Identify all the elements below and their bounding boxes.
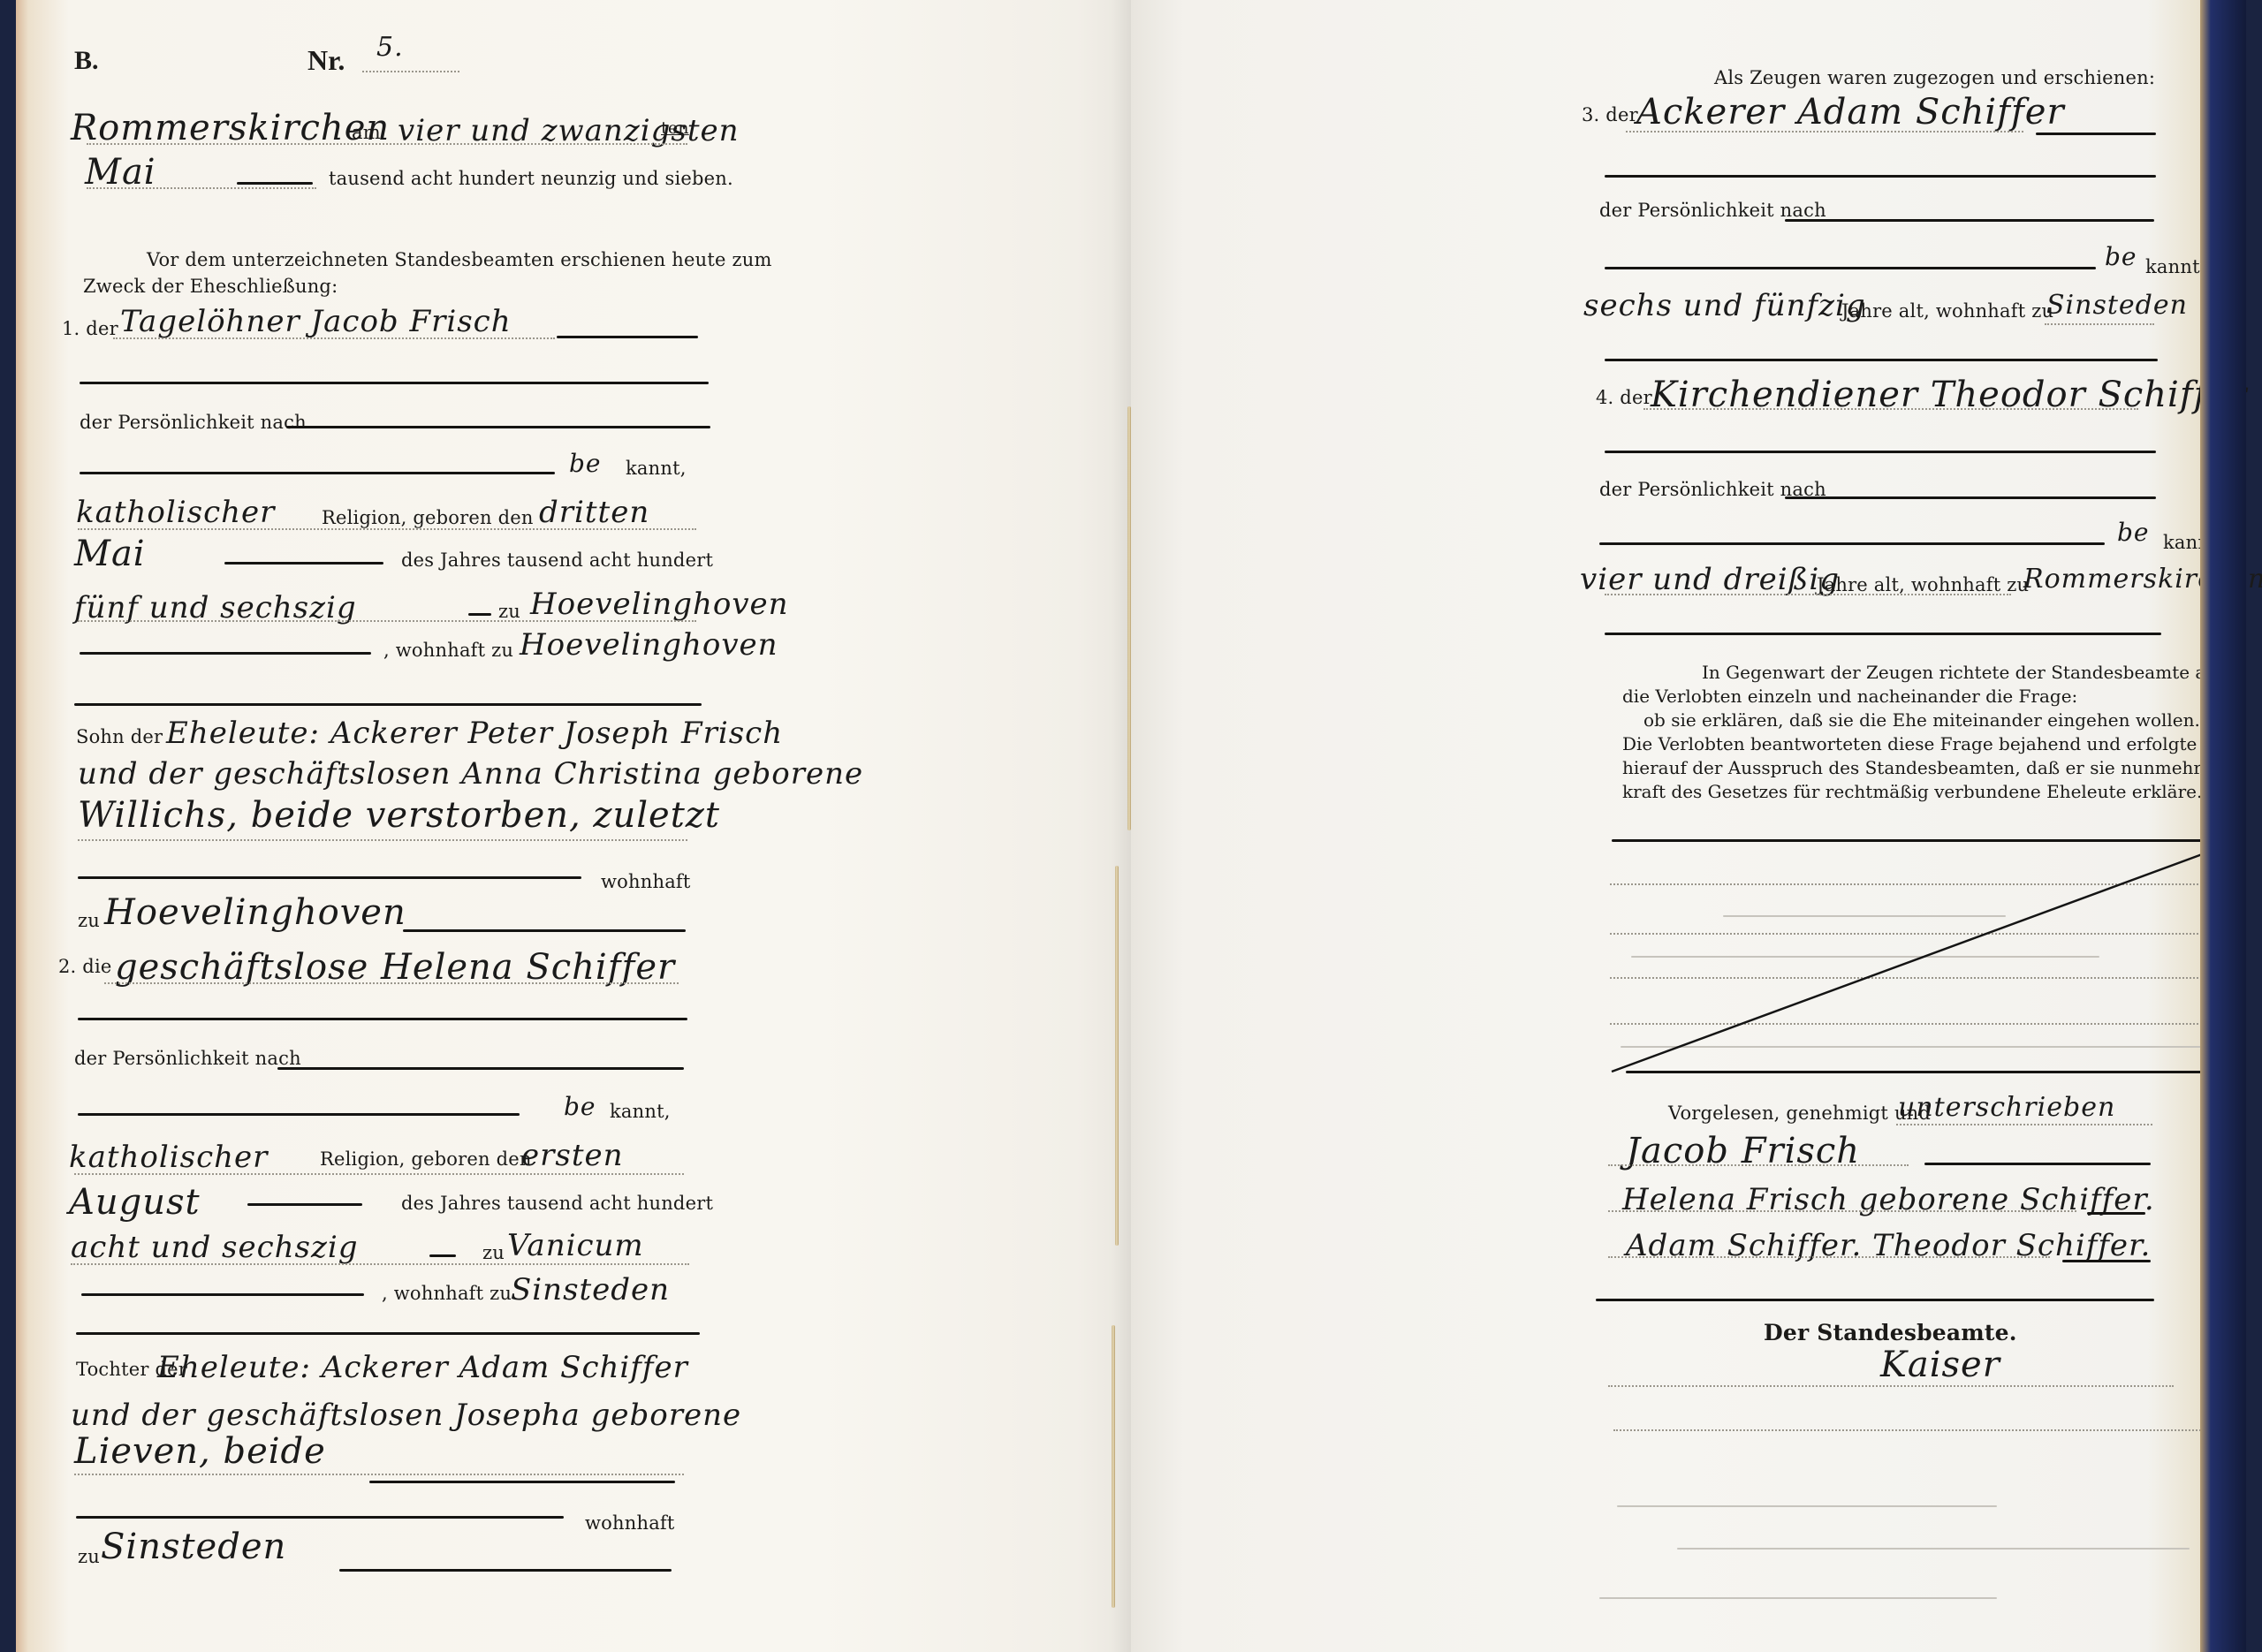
declaration-line4: Die Verlobten beantworteten diese Frage … bbox=[1622, 732, 2223, 756]
intro-line1: Vor dem unterzeichneten Standesbeamten e… bbox=[147, 249, 772, 270]
dotted-line bbox=[1613, 1429, 2211, 1431]
witness4-known-hand: be bbox=[2117, 518, 2150, 547]
fill-rule bbox=[557, 336, 698, 338]
fill-rule bbox=[277, 1067, 684, 1070]
fill-rule bbox=[2062, 1260, 2151, 1262]
dotted-line bbox=[1608, 1256, 2050, 1258]
dotted-line bbox=[362, 71, 459, 72]
groom-parents-line3: Willichs, beide verstorben, zuletzt bbox=[78, 795, 720, 836]
fill-rule bbox=[1785, 219, 2154, 222]
fill-rule bbox=[2036, 133, 2156, 135]
witness3-known-hand: be bbox=[2105, 242, 2137, 271]
bride-parents-line2: und der geschäftslosen Josepha geborene bbox=[71, 1398, 741, 1433]
bride-year-label: des Jahres tausend acht hundert bbox=[401, 1193, 713, 1214]
dotted-line bbox=[87, 143, 687, 145]
open-register-book: B. Nr. 5. Rommerskirchen am vier und zwa… bbox=[16, 0, 2216, 1652]
binding-stitch bbox=[1112, 1325, 1115, 1608]
fill-rule bbox=[468, 613, 491, 616]
bride-birth-month: August bbox=[69, 1182, 201, 1223]
fill-rule bbox=[403, 929, 686, 932]
fill-rule bbox=[1599, 542, 2105, 545]
declaration-text: In Gegenwart der Zeugen richtete der Sta… bbox=[1622, 661, 2223, 804]
witness3-known-print: kannt, bbox=[2145, 256, 2206, 277]
fill-rule bbox=[80, 652, 371, 655]
bride-known-hand: be bbox=[564, 1092, 596, 1121]
dotted-line bbox=[1608, 1164, 1909, 1166]
groom-parents-residence-label: wohnhaft bbox=[601, 871, 691, 892]
faint-rule bbox=[1617, 1505, 1997, 1507]
groom-parents-label: Sohn der bbox=[76, 726, 163, 747]
groom-known-hand: be bbox=[569, 449, 602, 478]
witness3-residence: Sinsteden bbox=[2046, 290, 2188, 321]
dotted-line bbox=[1605, 594, 2011, 595]
fill-rule bbox=[1605, 267, 2096, 269]
witness3-age-label: Jahre alt, wohnhaft zu bbox=[1841, 300, 2053, 322]
groom-birth-place: Hoevelinghoven bbox=[530, 587, 789, 622]
left-page: B. Nr. 5. Rommerskirchen am vier und zwa… bbox=[16, 0, 1131, 1652]
bride-zu-label: zu bbox=[482, 1242, 505, 1263]
ten-suffix: ten bbox=[661, 118, 689, 138]
dotted-line bbox=[113, 337, 555, 339]
fill-rule bbox=[247, 1203, 362, 1206]
fill-rule bbox=[2087, 1212, 2145, 1215]
fill-rule bbox=[1605, 633, 2161, 635]
registrar-label: Der Standesbeamte. bbox=[1764, 1320, 2017, 1345]
declaration-line6: kraft des Gesetzes für rechtmäßig verbun… bbox=[1622, 780, 2223, 804]
dotted-line bbox=[1626, 131, 2023, 133]
groom-parents-zu-label: zu bbox=[78, 910, 100, 931]
dotted-line bbox=[2045, 323, 2154, 325]
intro-line2: Zweck der Eheschließung: bbox=[83, 276, 338, 297]
signature-witnesses: Adam Schiffer. Theodor Schiffer. bbox=[1626, 1228, 2151, 1263]
fill-rule bbox=[369, 1481, 675, 1483]
fill-rule bbox=[81, 1293, 364, 1296]
faint-rule bbox=[1599, 1597, 1997, 1599]
declaration-line5: hierauf der Ausspruch des Standesbeamten… bbox=[1622, 756, 2223, 780]
registrar-signature: Kaiser bbox=[1880, 1345, 2000, 1385]
dotted-line bbox=[71, 1263, 689, 1265]
bride-parents-residence-label: wohnhaft bbox=[585, 1512, 675, 1534]
bride-prefix: 2. die bbox=[58, 956, 112, 977]
fill-rule bbox=[1605, 359, 2158, 361]
fill-rule bbox=[237, 182, 313, 185]
groom-birth-day: dritten bbox=[539, 495, 649, 530]
section-letter: B. bbox=[74, 46, 99, 76]
dotted-line bbox=[1643, 408, 2138, 410]
groom-identity-label: der Persönlichkeit nach bbox=[80, 412, 307, 433]
fill-rule bbox=[78, 1018, 687, 1020]
declaration-line2: die Verlobten einzeln und nacheinander d… bbox=[1622, 685, 2223, 709]
bride-birth-day: ersten bbox=[521, 1138, 624, 1173]
closing-label: Vorgelesen, genehmigt und bbox=[1668, 1103, 1931, 1124]
fill-rule bbox=[78, 1113, 520, 1116]
groom-prefix: 1. der bbox=[62, 318, 118, 339]
groom-religion: katholischer bbox=[76, 495, 275, 530]
dotted-line bbox=[1896, 1124, 2152, 1125]
groom-parents-residence: Hoevelinghoven bbox=[104, 892, 406, 933]
declaration-line1: In Gegenwart der Zeugen richtete der Sta… bbox=[1622, 661, 2223, 685]
witness4-age-label: Jahre alt, wohnhaft zu bbox=[1817, 574, 2029, 595]
groom-zu-label: zu bbox=[498, 601, 520, 622]
groom-residence-label: , wohnhaft zu bbox=[383, 640, 513, 661]
strike-through-diagonal bbox=[1608, 844, 2227, 1075]
groom-religion-label: Religion, geboren den bbox=[322, 507, 534, 528]
groom-known-print: kannt, bbox=[626, 458, 687, 479]
fill-rule bbox=[78, 876, 581, 879]
groom-name: Tagelöhner Jacob Frisch bbox=[120, 304, 512, 339]
bride-identity-label: der Persönlichkeit nach bbox=[74, 1048, 301, 1069]
fill-rule bbox=[1596, 1299, 2154, 1301]
fill-rule bbox=[1785, 496, 2156, 499]
groom-birth-month: Mai bbox=[74, 534, 146, 574]
right-page: Als Zeugen waren zugezogen und erschiene… bbox=[1131, 0, 2216, 1652]
fill-rule bbox=[80, 472, 555, 474]
witness4-prefix: 4. der bbox=[1596, 387, 1652, 408]
fill-rule bbox=[286, 426, 710, 428]
faint-rule bbox=[1677, 1548, 2190, 1550]
witness3-identity-label: der Persönlichkeit nach bbox=[1599, 200, 1826, 221]
fill-rule bbox=[339, 1569, 672, 1572]
witnesses-heading: Als Zeugen waren zugezogen und erschiene… bbox=[1714, 67, 2155, 88]
fill-rule bbox=[80, 382, 709, 384]
am-label: am bbox=[352, 122, 381, 143]
dotted-line bbox=[78, 839, 687, 841]
dotted-line bbox=[104, 982, 679, 984]
dotted-line bbox=[87, 187, 316, 189]
witness3-age: sechs und fünfzig bbox=[1583, 288, 1866, 323]
book-cover-edge bbox=[2200, 0, 2246, 1652]
dotted-line bbox=[78, 620, 696, 622]
bride-parents-residence: Sinsteden bbox=[101, 1527, 286, 1567]
bride-residence: Sinsteden bbox=[511, 1272, 670, 1307]
fill-rule bbox=[429, 1254, 456, 1257]
fill-rule bbox=[76, 1516, 564, 1519]
groom-residence: Hoevelinghoven bbox=[520, 627, 778, 663]
fill-rule bbox=[1605, 175, 2156, 178]
record-number-label: Nr. bbox=[307, 44, 345, 77]
groom-parents-line1: Eheleute: Ackerer Peter Joseph Frisch bbox=[166, 716, 783, 751]
dotted-line bbox=[74, 1474, 684, 1475]
signature-bride: Helena Frisch geborene Schiffer. bbox=[1622, 1182, 2155, 1217]
dotted-line bbox=[1608, 1210, 2076, 1212]
witness3-name: Ackerer Adam Schiffer bbox=[1636, 92, 2065, 133]
bride-known-print: kannt, bbox=[610, 1101, 671, 1122]
dotted-line bbox=[78, 528, 696, 530]
bride-residence-label: , wohnhaft zu bbox=[382, 1283, 512, 1304]
closing-hand: unterschrieben bbox=[1898, 1092, 2115, 1123]
bride-parents-line1: Eheleute: Ackerer Adam Schiffer bbox=[157, 1350, 688, 1385]
witness4-age: vier und dreißig bbox=[1580, 562, 1840, 597]
bride-religion: katholischer bbox=[69, 1140, 268, 1175]
year-text: tausend acht hundert neunzig und sieben. bbox=[329, 168, 733, 189]
groom-parents-line2: und der geschäftslosen Anna Christina ge… bbox=[78, 756, 863, 792]
groom-year-label: des Jahres tausend acht hundert bbox=[401, 549, 713, 571]
fill-rule bbox=[76, 1332, 700, 1335]
fill-rule bbox=[74, 703, 702, 706]
bride-parents-zu-label: zu bbox=[78, 1546, 100, 1567]
bride-birth-year: acht und sechszig bbox=[71, 1230, 359, 1265]
witness3-prefix: 3. der bbox=[1582, 104, 1638, 125]
fill-rule bbox=[1924, 1163, 2151, 1165]
fill-rule bbox=[1605, 451, 2156, 453]
bride-religion-label: Religion, geboren den bbox=[320, 1148, 532, 1170]
fill-rule bbox=[224, 562, 383, 565]
bride-birth-place: Vanicum bbox=[507, 1228, 644, 1263]
bride-parents-line3: Lieven, beide bbox=[74, 1431, 326, 1472]
dotted-line bbox=[1608, 1385, 2174, 1387]
record-number-value: 5. bbox=[376, 32, 404, 63]
declaration-line3: ob sie erklären, daß sie die Ehe miteina… bbox=[1622, 709, 2223, 732]
dotted-line bbox=[74, 1173, 684, 1175]
binding-stitch bbox=[1115, 866, 1119, 1246]
fill-rule bbox=[1612, 839, 2221, 842]
